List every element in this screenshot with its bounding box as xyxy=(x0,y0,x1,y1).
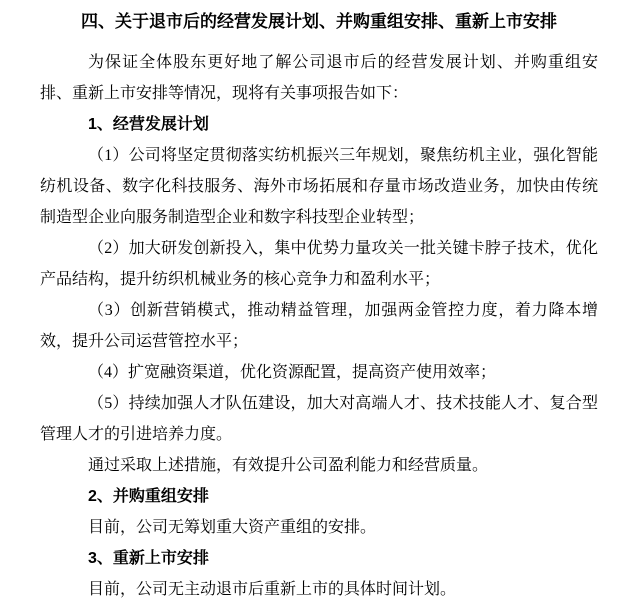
section-heading-relisting: 3、重新上市安排 xyxy=(40,543,598,574)
paragraph-plan-item-4: （4）扩宽融资渠道，优化资源配置，提高资产使用效率； xyxy=(40,357,598,388)
section-heading-restructuring: 2、并购重组安排 xyxy=(40,481,598,512)
intro-paragraph: 为保证全体股东更好地了解公司退市后的经营发展计划、并购重组安排、重新上市安排等情… xyxy=(40,47,598,109)
paragraph-plan-item-2: （2）加大研发创新投入，集中优势力量攻关一批关键卡脖子技术，优化产品结构，提升纺… xyxy=(40,233,598,295)
document-page: 四、关于退市后的经营发展计划、并购重组安排、重新上市安排 为保证全体股东更好地了… xyxy=(0,0,633,610)
paragraph-plan-item-3: （3）创新营销模式，推动精益管理，加强两金管控力度，着力降本增效，提升公司运营管… xyxy=(40,295,598,357)
document-title: 四、关于退市后的经营发展计划、并购重组安排、重新上市安排 xyxy=(40,6,598,37)
paragraph-relisting: 目前，公司无主动退市后重新上市的具体时间计划。 xyxy=(40,574,598,605)
paragraph-plan-summary: 通过采取上述措施，有效提升公司盈利能力和经营质量。 xyxy=(40,450,598,481)
paragraph-plan-item-5: （5）持续加强人才队伍建设，加大对高端人才、技术技能人才、复合型管理人才的引进培… xyxy=(40,388,598,450)
paragraph-restructuring: 目前，公司无筹划重大资产重组的安排。 xyxy=(40,512,598,543)
section-heading-business-plan: 1、经营发展计划 xyxy=(40,109,598,140)
paragraph-plan-item-1: （1）公司将坚定贯彻落实纺机振兴三年规划，聚焦纺机主业，强化智能纺机设备、数字化… xyxy=(40,140,598,233)
